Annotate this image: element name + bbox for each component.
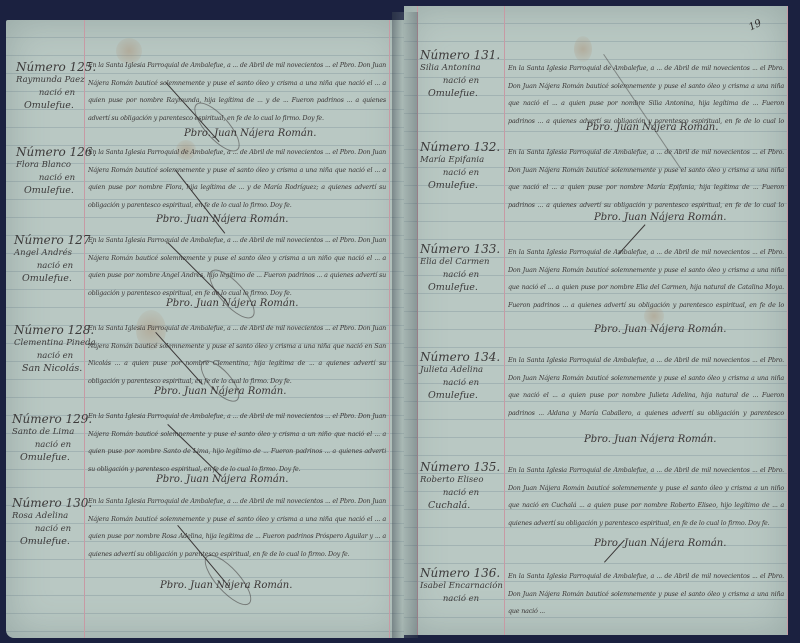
baptized-name: Roberto Eliseo: [420, 475, 502, 485]
priest-signature: Pbro. Juan Nájera Román.: [594, 538, 726, 549]
baptized-name: Santo de Lima: [12, 427, 94, 437]
born-label: nació en: [420, 76, 502, 86]
margin-rule: [504, 6, 505, 635]
born-label: nació en: [16, 173, 98, 183]
priest-signature: Pbro. Juan Nájera Román.: [584, 434, 716, 445]
entry-number: Número 125.: [16, 60, 98, 74]
entry-body-text: En la Santa Iglesia Parroquial de Ambale…: [508, 244, 784, 316]
birthplace: Omulefue.: [16, 100, 98, 111]
entry-margin-note: Número 129. Santo de Lima nació en Omule…: [12, 412, 94, 463]
birthplace: Omulefue.: [420, 88, 502, 99]
born-label: nació en: [420, 168, 502, 178]
born-label: nació en: [420, 378, 502, 388]
baptized-name: Rosa Adelina: [12, 511, 94, 521]
entry-body-text: En la Santa Iglesia Parroquial de Ambale…: [88, 144, 386, 216]
born-label: nació en: [420, 488, 502, 498]
entry-margin-note: Número 125. Raymunda Paez nació en Omule…: [16, 60, 98, 111]
entry-body-text: En la Santa Iglesia Parroquial de Ambale…: [88, 408, 386, 480]
book-gutter: [392, 12, 418, 638]
birthplace: Omulefue.: [420, 180, 502, 191]
birthplace: Omulefue.: [420, 282, 502, 293]
entry-number: Número 127.: [14, 233, 96, 247]
entry-margin-note: Número 133. Elia del Carmen nació en Omu…: [420, 242, 502, 293]
birthplace: Omulefue.: [14, 273, 96, 284]
baptized-name: Julieta Adelina: [420, 365, 502, 375]
born-label: nació en: [420, 594, 502, 604]
priest-signature: Pbro. Juan Nájera Román.: [594, 212, 726, 223]
entry-number: Número 134.: [420, 350, 502, 364]
paper-stain: [574, 36, 592, 62]
baptized-name: Raymunda Paez: [16, 75, 98, 85]
entry-number: Número 128.: [14, 323, 96, 337]
entry-body-text: En la Santa Iglesia Parroquial de Ambale…: [88, 320, 386, 392]
entry-number: Número 132.: [420, 140, 502, 154]
baptized-name: Angel Andrés: [14, 248, 96, 258]
birthplace: Omulefue.: [420, 390, 502, 401]
priest-signature: Pbro. Juan Nájera Román.: [156, 214, 288, 225]
born-label: nació en: [14, 351, 96, 361]
entry-body-text: En la Santa Iglesia Parroquial de Ambale…: [88, 57, 386, 129]
baptized-name: Silia Antonina: [420, 63, 502, 73]
birthplace: San Nicolás.: [14, 363, 96, 374]
birthplace: Cuchalá.: [420, 500, 502, 511]
entry-margin-note: Número 135. Roberto Eliseo nació en Cuch…: [420, 460, 502, 511]
entry-number: Número 136.: [420, 566, 502, 580]
born-label: nació en: [12, 524, 94, 534]
entry-body-text: En la Santa Iglesia Parroquial de Ambale…: [508, 462, 784, 534]
entry-margin-note: Número 132. María Epifania nació en Omul…: [420, 140, 502, 191]
birthplace: Omulefue.: [16, 185, 98, 196]
entry-margin-note: Número 127. Angel Andrés nació en Omulef…: [14, 233, 96, 284]
entry-margin-note: Número 126. Flora Blanco nació en Omulef…: [16, 145, 98, 196]
entry-margin-note: Número 128. Clementina Pineda nació en S…: [14, 323, 96, 374]
entry-number: Número 126.: [16, 145, 98, 159]
birthplace: Omulefue.: [12, 536, 94, 547]
born-label: nació en: [14, 261, 96, 271]
entry-margin-note: Número 136. Isabel Encarnación nació en: [420, 566, 502, 604]
entry-number: Número 135.: [420, 460, 502, 474]
baptized-name: María Epifania: [420, 155, 502, 165]
entry-margin-note: Número 134. Julieta Adelina nació en Omu…: [420, 350, 502, 401]
entry-body-text: En la Santa Iglesia Parroquial de Ambale…: [508, 144, 784, 216]
entry-number: Número 131.: [420, 48, 502, 62]
margin-rule: [389, 20, 390, 638]
entry-margin-note: Número 131. Silia Antonina nació en Omul…: [420, 48, 502, 99]
entry-number: Número 130.: [12, 496, 94, 510]
entry-number: Número 133.: [420, 242, 502, 256]
baptized-name: Elia del Carmen: [420, 257, 502, 267]
baptized-name: Clementina Pineda: [14, 338, 96, 348]
born-label: nació en: [16, 88, 98, 98]
left-page: Número 125. Raymunda Paez nació en Omule…: [6, 20, 404, 638]
folio-number: 19: [748, 18, 764, 33]
priest-signature: Pbro. Juan Nájera Román.: [594, 324, 726, 335]
baptized-name: Flora Blanco: [16, 160, 98, 170]
birthplace: Omulefue.: [12, 452, 94, 463]
entry-body-text: En la Santa Iglesia Parroquial de Ambale…: [88, 493, 386, 583]
entry-number: Número 129.: [12, 412, 94, 426]
entry-body-text: En la Santa Iglesia Parroquial de Ambale…: [508, 352, 784, 424]
entry-body-text: En la Santa Iglesia Parroquial de Ambale…: [508, 568, 784, 622]
born-label: nació en: [420, 270, 502, 280]
born-label: nació en: [12, 440, 94, 450]
baptized-name: Isabel Encarnación: [420, 581, 502, 591]
entry-margin-note: Número 130. Rosa Adelina nació en Omulef…: [12, 496, 94, 547]
margin-rule: [787, 6, 788, 635]
right-page: 19 Número 131. Silia Antonina nació en O…: [404, 6, 788, 635]
